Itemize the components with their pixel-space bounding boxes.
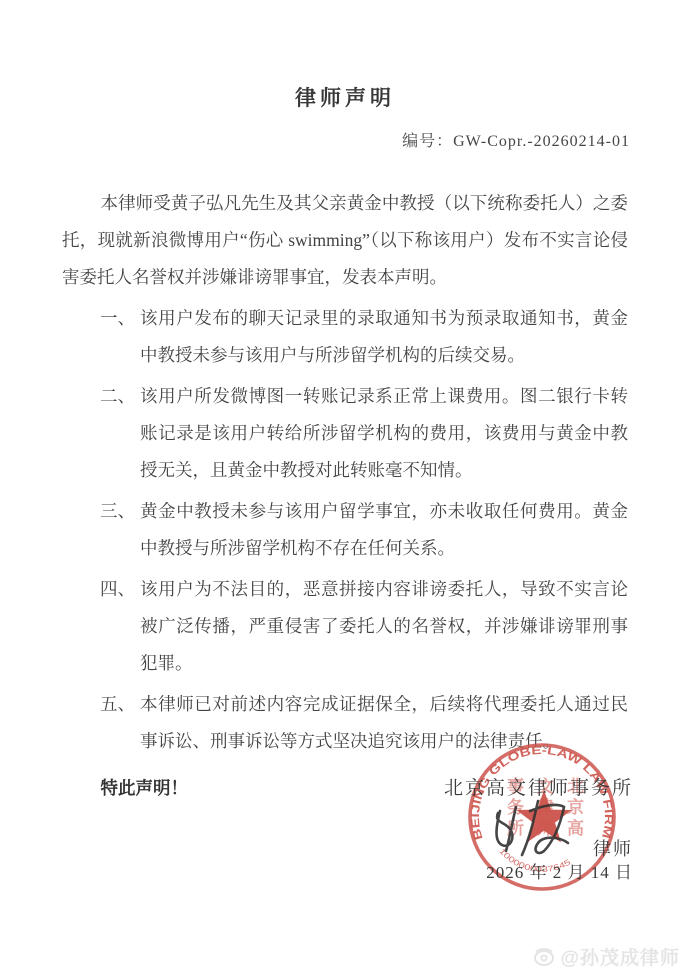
item-text: 本律师已对前述内容完成证据保全，后续将代理委托人通过民事诉讼、刑事诉讼等方式坚决… <box>140 686 628 760</box>
item-number: 二、 <box>100 378 140 489</box>
document-number: 编号：GW-Copr.-20260214-01 <box>0 128 630 151</box>
statement-body: 本律师受黄子弘凡先生及其父亲黄金中教授（以下统称委托人）之委托，现就新浪微博用户… <box>62 185 628 807</box>
watermark-text: @孙茂成律师 <box>560 943 680 970</box>
item-text: 黄金中教授未参与该用户留学事宜，亦未收取任何费用。黄金中教授与所涉留学机构不存在… <box>140 493 628 567</box>
watermark: @孙茂成律师 <box>532 943 680 970</box>
document-title: 律师声明 <box>0 0 690 112</box>
item-number: 三、 <box>100 493 140 567</box>
item-number: 一、 <box>100 300 140 374</box>
statement-item: 三、 黄金中教授未参与该用户留学事宜，亦未收取任何费用。黄金中教授与所涉留学机构… <box>100 493 628 567</box>
statement-items: 一、 该用户发布的聊天记录里的录取通知书为预录取通知书，黄金中教授未参与该用户与… <box>100 300 628 760</box>
weibo-eye-icon <box>532 947 556 967</box>
item-text: 该用户所发微博图一转账记录系正常上课费用。图二银行卡转账记录是该用户转给所涉留学… <box>140 378 628 489</box>
statement-item: 四、 该用户为不法目的，恶意拼接内容诽谤委托人，导致不实言论被广泛传播，严重侵害… <box>100 571 628 682</box>
signature-date: 2026 年 2 月 14 日 <box>486 858 633 883</box>
item-number: 四、 <box>100 571 140 682</box>
item-text: 该用户发布的聊天记录里的录取通知书为预录取通知书，黄金中教授未参与该用户与所涉留… <box>140 300 628 374</box>
statement-intro: 本律师受黄子弘凡先生及其父亲黄金中教授（以下统称委托人）之委托，现就新浪微博用户… <box>62 185 628 296</box>
item-text: 该用户为不法目的，恶意拼接内容诽谤委托人，导致不实言论被广泛传播，严重侵害了委托… <box>140 571 628 682</box>
document-page: 律师声明 编号：GW-Copr.-20260214-01 本律师受黄子弘凡先生及… <box>0 0 690 976</box>
lawyer-handwritten-signature <box>486 793 606 863</box>
statement-item: 二、 该用户所发微博图一转账记录系正常上课费用。图二银行卡转账记录是该用户转给所… <box>100 378 628 489</box>
statement-item: 五、 本律师已对前述内容完成证据保全，后续将代理委托人通过民事诉讼、刑事诉讼等方… <box>100 686 628 760</box>
item-number: 五、 <box>100 686 140 760</box>
statement-item: 一、 该用户发布的聊天记录里的录取通知书为预录取通知书，黄金中教授未参与该用户与… <box>100 300 628 374</box>
